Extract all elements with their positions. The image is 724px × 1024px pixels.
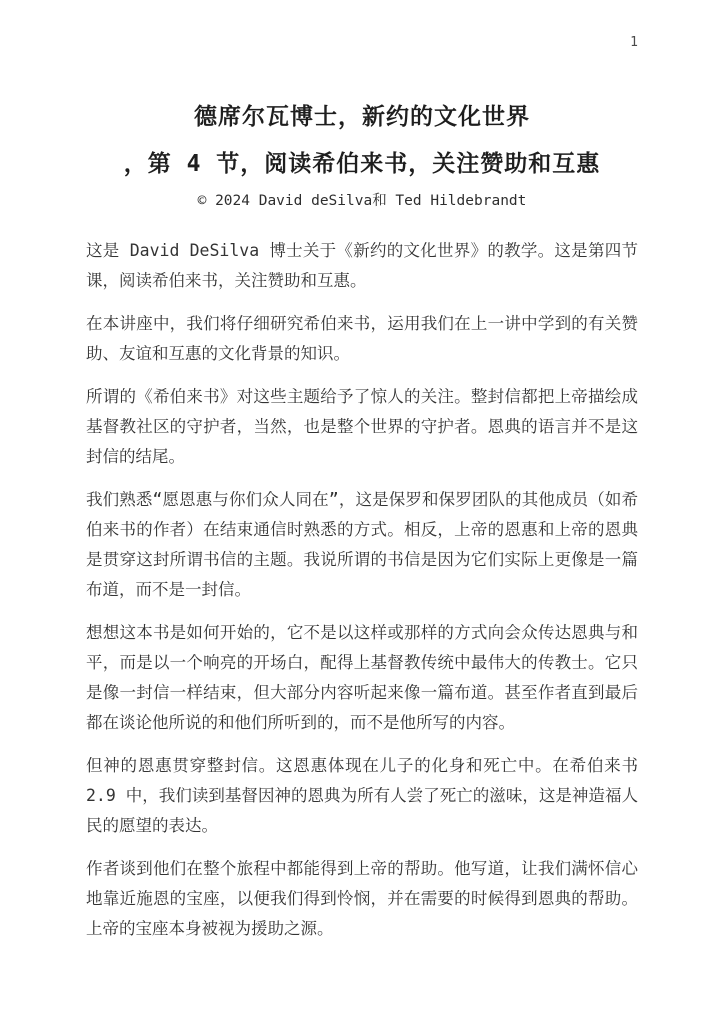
document-page: 1 德席尔瓦博士，新约的文化世界 ，第 4 节，阅读希伯来书，关注赞助和互惠 ©… <box>0 0 724 1024</box>
paragraph: 这是 David DeSilva 博士关于《新约的文化世界》的教学。这是第四节课… <box>86 236 638 296</box>
copyright-notice: © 2024 David deSilva和 Ted Hildebrandt <box>86 191 638 211</box>
paragraph: 想想这本书是如何开始的，它不是以这样或那样的方式向会众传达恩典与和平，而是以一个… <box>86 618 638 738</box>
paragraph: 作者谈到他们在整个旅程中都能得到上帝的帮助。他写道，让我们满怀信心地靠近施恩的宝… <box>86 854 638 944</box>
paragraph: 我们熟悉“愿恩惠与你们众人同在”，这是保罗和保罗团队的其他成员（如希伯来书的作者… <box>86 485 638 605</box>
document-title: 德席尔瓦博士，新约的文化世界 ，第 4 节，阅读希伯来书，关注赞助和互惠 <box>86 0 638 188</box>
title-line-1: 德席尔瓦博士，新约的文化世界 <box>86 94 638 141</box>
paragraph: 在本讲座中，我们将仔细研究希伯来书，运用我们在上一讲中学到的有关赞助、友谊和互惠… <box>86 309 638 369</box>
page-number: 1 <box>630 36 638 49</box>
title-line-2: ，第 4 节，阅读希伯来书，关注赞助和互惠 <box>86 141 638 188</box>
paragraph: 所谓的《希伯来书》对这些主题给予了惊人的关注。整封信都把上帝描绘成基督教社区的守… <box>86 382 638 472</box>
document-body: 这是 David DeSilva 博士关于《新约的文化世界》的教学。这是第四节课… <box>86 236 638 944</box>
paragraph: 但神的恩惠贯穿整封信。这恩惠体现在儿子的化身和死亡中。在希伯来书 2.9 中，我… <box>86 751 638 841</box>
